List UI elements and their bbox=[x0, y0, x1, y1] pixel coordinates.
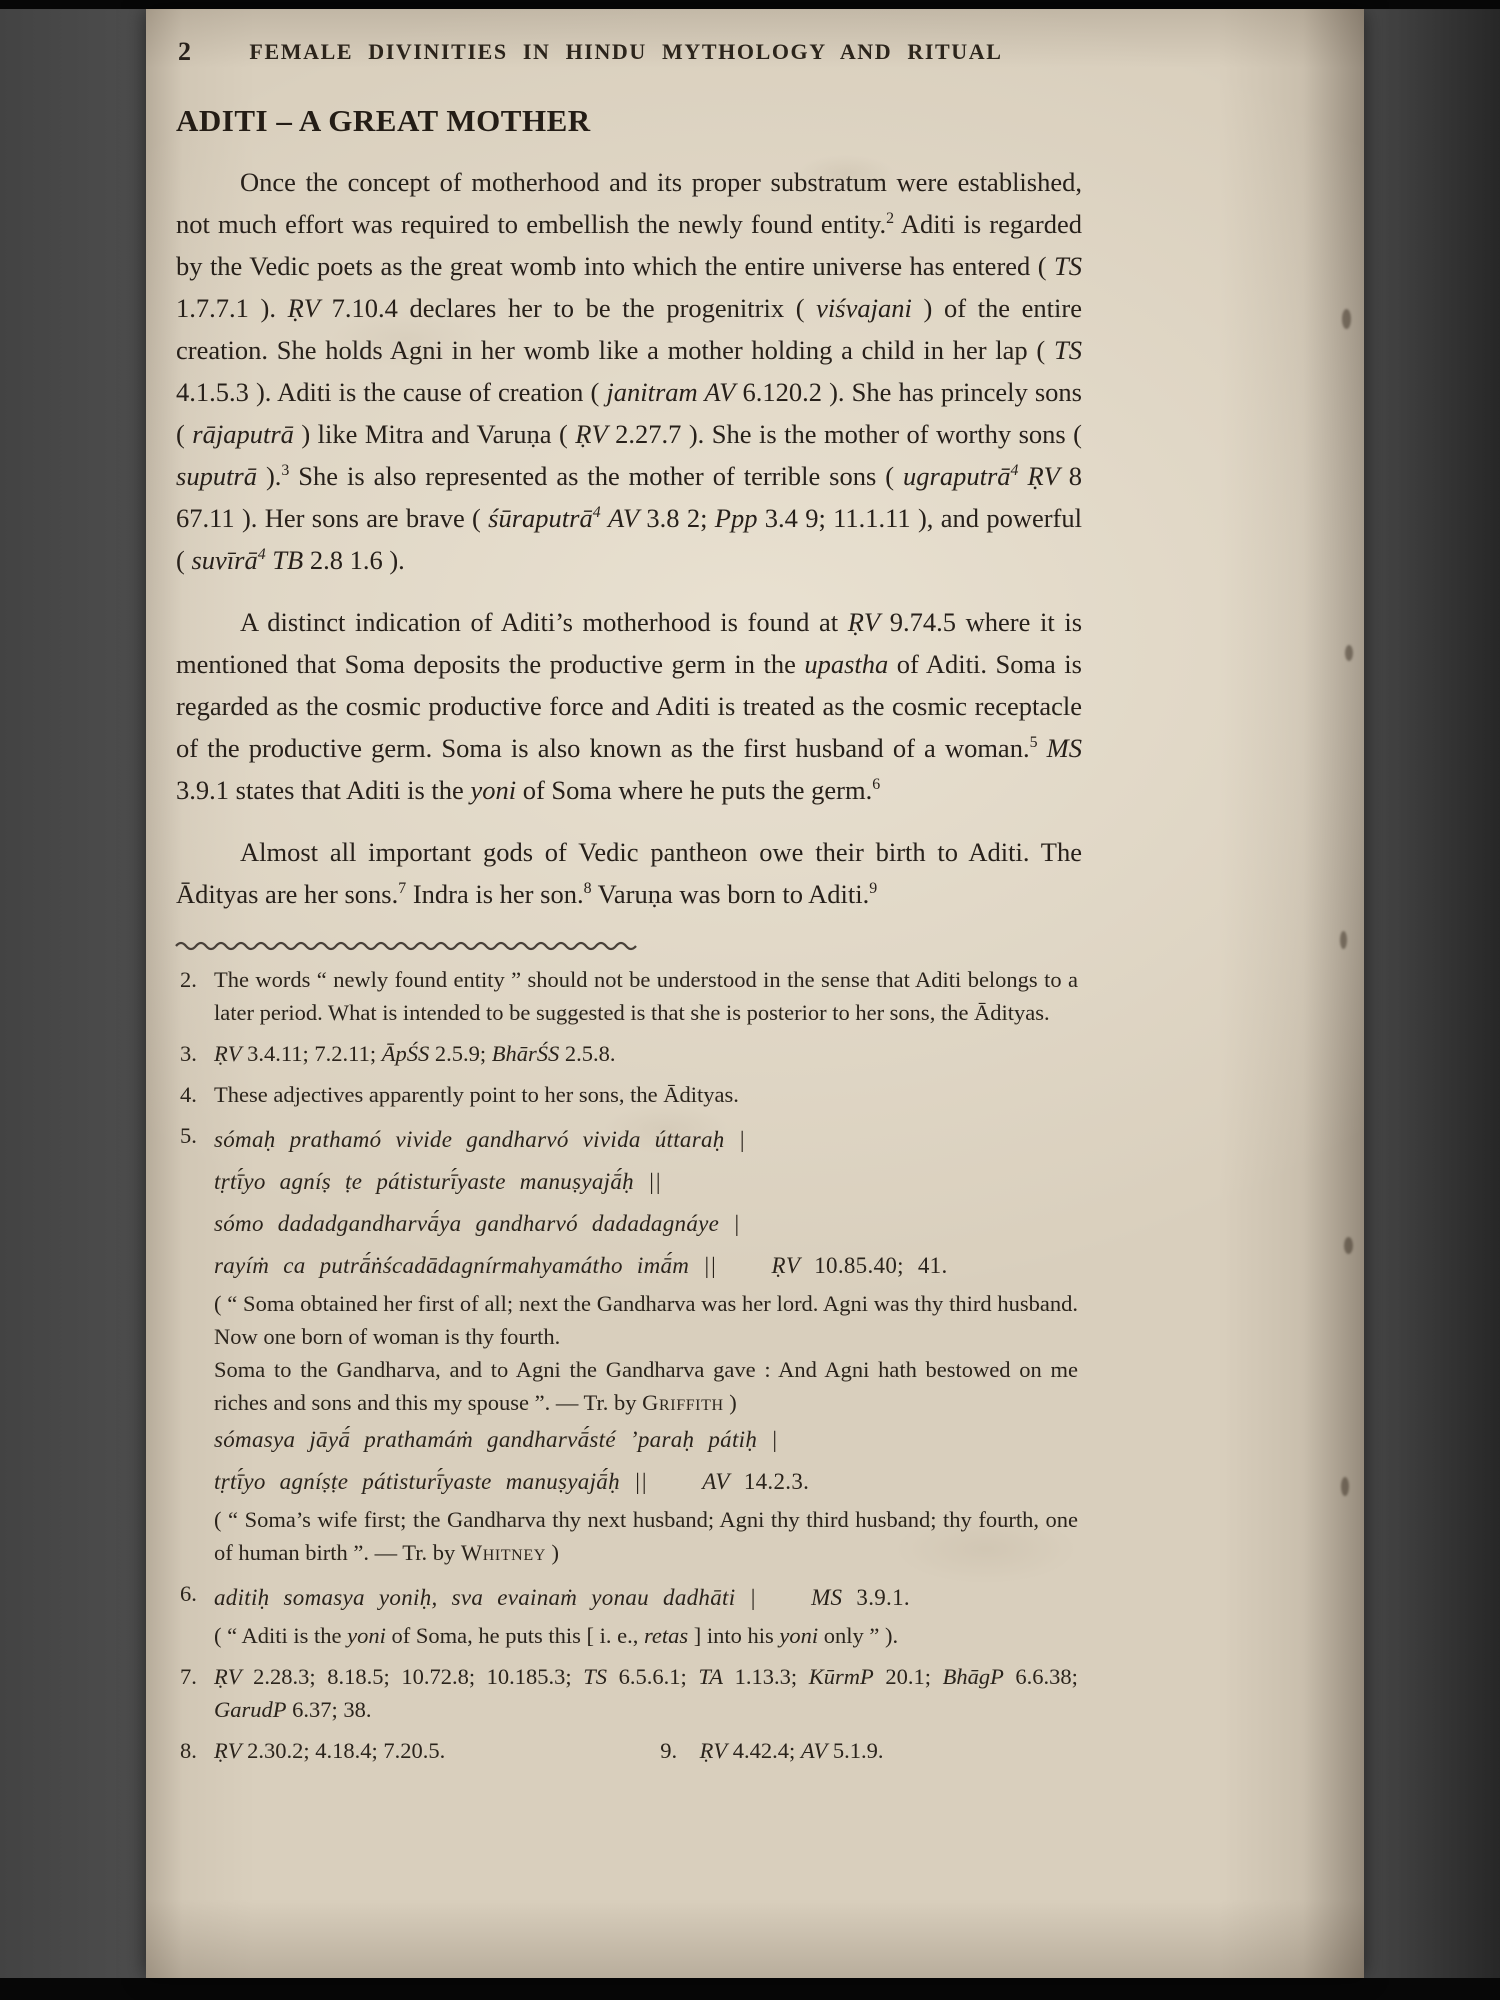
text-run: A distinct indication of Aditi’s motherh… bbox=[240, 607, 848, 637]
text-run: 8 bbox=[584, 880, 592, 897]
text-run: of Soma where he puts the germ. bbox=[516, 775, 872, 805]
text-run: 5 bbox=[1030, 734, 1038, 751]
footnote-number: 2. bbox=[170, 963, 214, 1029]
text-run: rājaputrā bbox=[192, 419, 294, 449]
text-run: ( “ Soma’s wife first; the Gandharva thy… bbox=[214, 1507, 1078, 1565]
text-run: She is also represented as the mother of… bbox=[289, 461, 903, 491]
text-run: janitram AV bbox=[606, 377, 735, 407]
footnote-line: ṚV 2.30.2; 4.18.4; 7.20.5.9. ṚV 4.42.4; … bbox=[214, 1734, 1078, 1767]
binding-smudge bbox=[1344, 1237, 1353, 1254]
footnote-6: 6.aditiḥ somasya yoniḥ, sva evainaṁ yona… bbox=[170, 1577, 1082, 1652]
text-run: ṚV bbox=[1027, 461, 1059, 491]
page-number: 2 bbox=[178, 37, 191, 67]
text-run: upastha bbox=[804, 649, 888, 679]
text-run: AV bbox=[801, 1738, 827, 1763]
text-run: TA bbox=[698, 1664, 723, 1689]
book-page: 2 FEMALE DIVINITIES IN HINDU MYTHOLOGY A… bbox=[146, 9, 1364, 1978]
page-content: 2 FEMALE DIVINITIES IN HINDU MYTHOLOGY A… bbox=[170, 29, 1082, 1767]
footnote-separator bbox=[174, 939, 1082, 953]
footnote-body: sómaḥ prathamó vivide gandharvó vivida ú… bbox=[214, 1119, 1082, 1569]
text-run bbox=[601, 503, 608, 533]
text-run: 4.42.4; bbox=[727, 1738, 801, 1763]
text-run: GarudP bbox=[214, 1697, 287, 1722]
text-run: 20.1; bbox=[874, 1664, 943, 1689]
text-run: ( “ Aditi is the bbox=[214, 1623, 347, 1648]
body-paragraph-3: Almost all important gods of Vedic panth… bbox=[176, 831, 1082, 915]
footnote-number: 5. bbox=[170, 1119, 214, 1569]
section-heading: ADITI – A GREAT MOTHER bbox=[176, 103, 1082, 139]
text-run: BhāgP bbox=[943, 1664, 1004, 1689]
text-run: BhārŚS bbox=[492, 1041, 560, 1066]
text-run: 6 bbox=[872, 776, 880, 793]
text-run: ( “ Soma obtained her first of all; next… bbox=[214, 1291, 1078, 1349]
footnote-line: Soma to the Gandharva, and to Agni the G… bbox=[214, 1353, 1078, 1419]
footnote-number: 6. bbox=[170, 1577, 214, 1652]
running-title: FEMALE DIVINITIES IN HINDU MYTHOLOGY AND… bbox=[170, 29, 1082, 65]
footnote-line: tṛtī́yo agníṣ ṭe pátisturī́yaste manuṣya… bbox=[214, 1161, 1078, 1203]
text-run: Varuṇa was born to Aditi. bbox=[592, 879, 870, 909]
footnote-body: The words “ newly found entity ” should … bbox=[214, 963, 1082, 1029]
text-run: TB bbox=[272, 545, 303, 575]
text-run: ṚV bbox=[214, 1738, 242, 1763]
text-run: 4 bbox=[258, 546, 266, 563]
text-run: ). bbox=[257, 461, 281, 491]
text-run: 2.5.8. bbox=[559, 1041, 615, 1066]
text-run: yoni bbox=[779, 1623, 818, 1648]
text-run: Griffith bbox=[642, 1390, 724, 1415]
text-run: MS bbox=[1047, 733, 1082, 763]
binding-smudge bbox=[1340, 931, 1347, 949]
text-run: tṛtī́yo agníṣṭe pátisturī́yaste manuṣyaj… bbox=[214, 1469, 647, 1494]
text-run: suvīrā bbox=[191, 545, 257, 575]
text-run: TS bbox=[1054, 335, 1082, 365]
footnote-line: sómaḥ prathamó vivide gandharvó vivida ú… bbox=[214, 1119, 1078, 1161]
footnote-line: The words “ newly found entity ” should … bbox=[214, 963, 1078, 1029]
text-run: tṛtī́yo agníṣ ṭe pátisturī́yaste manuṣya… bbox=[214, 1169, 661, 1194]
body-paragraph-2: A distinct indication of Aditi’s motherh… bbox=[176, 601, 1082, 811]
text-run: 6.37; 38. bbox=[287, 1697, 372, 1722]
text-run: 7.10.4 declares her to be the progenitri… bbox=[320, 293, 816, 323]
text-run: retas bbox=[644, 1623, 688, 1648]
text-run: of Soma, he puts this [ i. e., bbox=[386, 1623, 644, 1648]
text-run: 1.7.7.1 ). bbox=[176, 293, 288, 323]
text-run: 2 bbox=[886, 210, 894, 227]
text-run: 7 bbox=[398, 880, 406, 897]
body-paragraph-1: Once the concept of motherhood and its p… bbox=[176, 161, 1082, 581]
footnote-number: 4. bbox=[170, 1078, 214, 1111]
text-run: 10.85.40; 41. bbox=[800, 1253, 947, 1278]
text-run: 6.5.6.1; bbox=[607, 1664, 698, 1689]
text-run: ṚV bbox=[771, 1253, 800, 1278]
binding-smudge bbox=[1341, 1477, 1349, 1496]
text-run: 6.6.38; bbox=[1004, 1664, 1078, 1689]
text-run: 1.13.3; bbox=[723, 1664, 809, 1689]
footnote-number: 8. bbox=[170, 1734, 214, 1767]
text-run: only ” ). bbox=[818, 1623, 898, 1648]
text-run: 3.8 2; bbox=[639, 503, 715, 533]
footnote-line: ( “ Soma obtained her first of all; next… bbox=[214, 1287, 1078, 1353]
text-run: ṚV bbox=[214, 1041, 242, 1066]
text-run: rayíṁ ca putrā́ṅścadādagnírmahyamátho im… bbox=[214, 1253, 716, 1278]
text-run: 2.30.2; 4.18.4; 7.20.5. bbox=[242, 1738, 446, 1763]
text-run: 14.2.3. bbox=[730, 1469, 809, 1494]
text-run: 4 bbox=[593, 504, 601, 521]
text-run: suputrā bbox=[176, 461, 257, 491]
footnote-line: aditiḥ somasya yoniḥ, sva evainaṁ yonau … bbox=[214, 1577, 1078, 1619]
text-run: ] into his bbox=[688, 1623, 779, 1648]
footnote-8: 8.ṚV 2.30.2; 4.18.4; 7.20.5.9. ṚV 4.42.4… bbox=[170, 1734, 1082, 1767]
text-run: 5.1.9. bbox=[827, 1738, 883, 1763]
text-run: Indra is her son. bbox=[406, 879, 583, 909]
text-run: ṚV bbox=[700, 1738, 728, 1763]
footnote-line: ( “ Aditi is the yoni of Soma, he puts t… bbox=[214, 1619, 1078, 1652]
footnote-line: ṚV 3.4.11; 7.2.11; ĀpŚS 2.5.9; BhārŚS 2.… bbox=[214, 1037, 1078, 1070]
footnote-line: rayíṁ ca putrā́ṅścadādagnírmahyamátho im… bbox=[214, 1245, 1078, 1287]
footnote-3: 3.ṚV 3.4.11; 7.2.11; ĀpŚS 2.5.9; BhārŚS … bbox=[170, 1037, 1082, 1070]
text-run: ) bbox=[546, 1540, 559, 1565]
text-run: ĀpŚS bbox=[382, 1041, 430, 1066]
footnote-5: 5.sómaḥ prathamó vivide gandharvó vivida… bbox=[170, 1119, 1082, 1569]
body-paragraphs: Once the concept of motherhood and its p… bbox=[170, 161, 1082, 915]
text-run: 2.5.9; bbox=[429, 1041, 492, 1066]
footnote-2: 2.The words “ newly found entity ” shoul… bbox=[170, 963, 1082, 1029]
footnote-line: ṚV 2.28.3; 8.18.5; 10.72.8; 10.185.3; TS… bbox=[214, 1660, 1078, 1726]
text-run: These adjectives apparently point to her… bbox=[214, 1082, 739, 1107]
text-run: AV bbox=[702, 1469, 730, 1494]
text-run: ) like Mitra and Varuṇa ( bbox=[294, 419, 575, 449]
text-run: 2.27.7 ). She is the mother of worthy so… bbox=[608, 419, 1082, 449]
text-run: KūrmP bbox=[809, 1664, 874, 1689]
text-run: ṚV bbox=[575, 419, 607, 449]
text-run: MS bbox=[811, 1585, 842, 1610]
text-run: ṚV bbox=[214, 1664, 242, 1689]
text-run: Ppp bbox=[715, 503, 758, 533]
binding-smudge bbox=[1342, 309, 1351, 329]
text-run: aditiḥ somasya yoniḥ, sva evainaṁ yonau … bbox=[214, 1585, 756, 1610]
text-run: AV bbox=[608, 503, 639, 533]
text-run: sómasya jāyā́ prathamáṁ gandharvā́sté ’p… bbox=[214, 1427, 778, 1452]
footnote-number: 3. bbox=[170, 1037, 214, 1070]
text-run bbox=[1038, 733, 1047, 763]
text-run: śūraputrā bbox=[488, 503, 593, 533]
text-run: ṚV bbox=[848, 607, 880, 637]
footnote-line: tṛtī́yo agníṣṭe pátisturī́yaste manuṣyaj… bbox=[214, 1461, 1078, 1503]
text-run: 3.9.1. bbox=[842, 1585, 910, 1610]
footnote-line: ( “ Soma’s wife first; the Gandharva thy… bbox=[214, 1503, 1078, 1569]
footnote-line: sómo dadadgandharvā́ya gandharvó dadadag… bbox=[214, 1203, 1078, 1245]
text-run: TS bbox=[1054, 251, 1082, 281]
page-header: 2 FEMALE DIVINITIES IN HINDU MYTHOLOGY A… bbox=[170, 29, 1082, 73]
text-run: ) bbox=[724, 1390, 737, 1415]
footnotes: 2.The words “ newly found entity ” shoul… bbox=[170, 963, 1082, 1767]
footnote-line: These adjectives apparently point to her… bbox=[214, 1078, 1078, 1111]
text-run: 3.4.11; 7.2.11; bbox=[242, 1041, 382, 1066]
footnote-body: ṚV 3.4.11; 7.2.11; ĀpŚS 2.5.9; BhārŚS 2.… bbox=[214, 1037, 1082, 1070]
footnote-4: 4.These adjectives apparently point to h… bbox=[170, 1078, 1082, 1111]
text-run: 4.1.5.3 ). Aditi is the cause of creatio… bbox=[176, 377, 606, 407]
text-run: TS bbox=[583, 1664, 607, 1689]
text-run: ṚV bbox=[288, 293, 320, 323]
footnote-line: sómasya jāyā́ prathamáṁ gandharvā́sté ’p… bbox=[214, 1419, 1078, 1461]
text-run: Whitney bbox=[461, 1540, 546, 1565]
text-run: 9 bbox=[869, 880, 877, 897]
footnote-separator-path bbox=[176, 943, 636, 949]
text-run: 2.8 1.6 ). bbox=[303, 545, 405, 575]
text-run: 9. bbox=[660, 1738, 699, 1763]
text-run: 3.9.1 states that Aditi is the bbox=[176, 775, 470, 805]
footnote-body: aditiḥ somasya yoniḥ, sva evainaṁ yonau … bbox=[214, 1577, 1082, 1652]
text-run: ugraputrā bbox=[903, 461, 1011, 491]
text-run: yoni bbox=[347, 1623, 386, 1648]
footnote-body: ṚV 2.28.3; 8.18.5; 10.72.8; 10.185.3; TS… bbox=[214, 1660, 1082, 1726]
text-run: sómaḥ prathamó vivide gandharvó vivida ú… bbox=[214, 1127, 745, 1152]
text-run: 2.28.3; 8.18.5; 10.72.8; 10.185.3; bbox=[242, 1664, 584, 1689]
footnote-body: ṚV 2.30.2; 4.18.4; 7.20.5.9. ṚV 4.42.4; … bbox=[214, 1734, 1082, 1767]
footnote-7: 7.ṚV 2.28.3; 8.18.5; 10.72.8; 10.185.3; … bbox=[170, 1660, 1082, 1726]
footnote-separator-svg bbox=[174, 939, 644, 953]
footnote-number: 7. bbox=[170, 1660, 214, 1726]
text-run: sómo dadadgandharvā́ya gandharvó dadadag… bbox=[214, 1211, 740, 1236]
binding-smudge bbox=[1345, 645, 1353, 661]
text-run: viśvajani bbox=[816, 293, 912, 323]
footnote-body: These adjectives apparently point to her… bbox=[214, 1078, 1082, 1111]
text-run: yoni bbox=[470, 775, 516, 805]
text-run: The words “ newly found entity ” should … bbox=[214, 967, 1078, 1025]
